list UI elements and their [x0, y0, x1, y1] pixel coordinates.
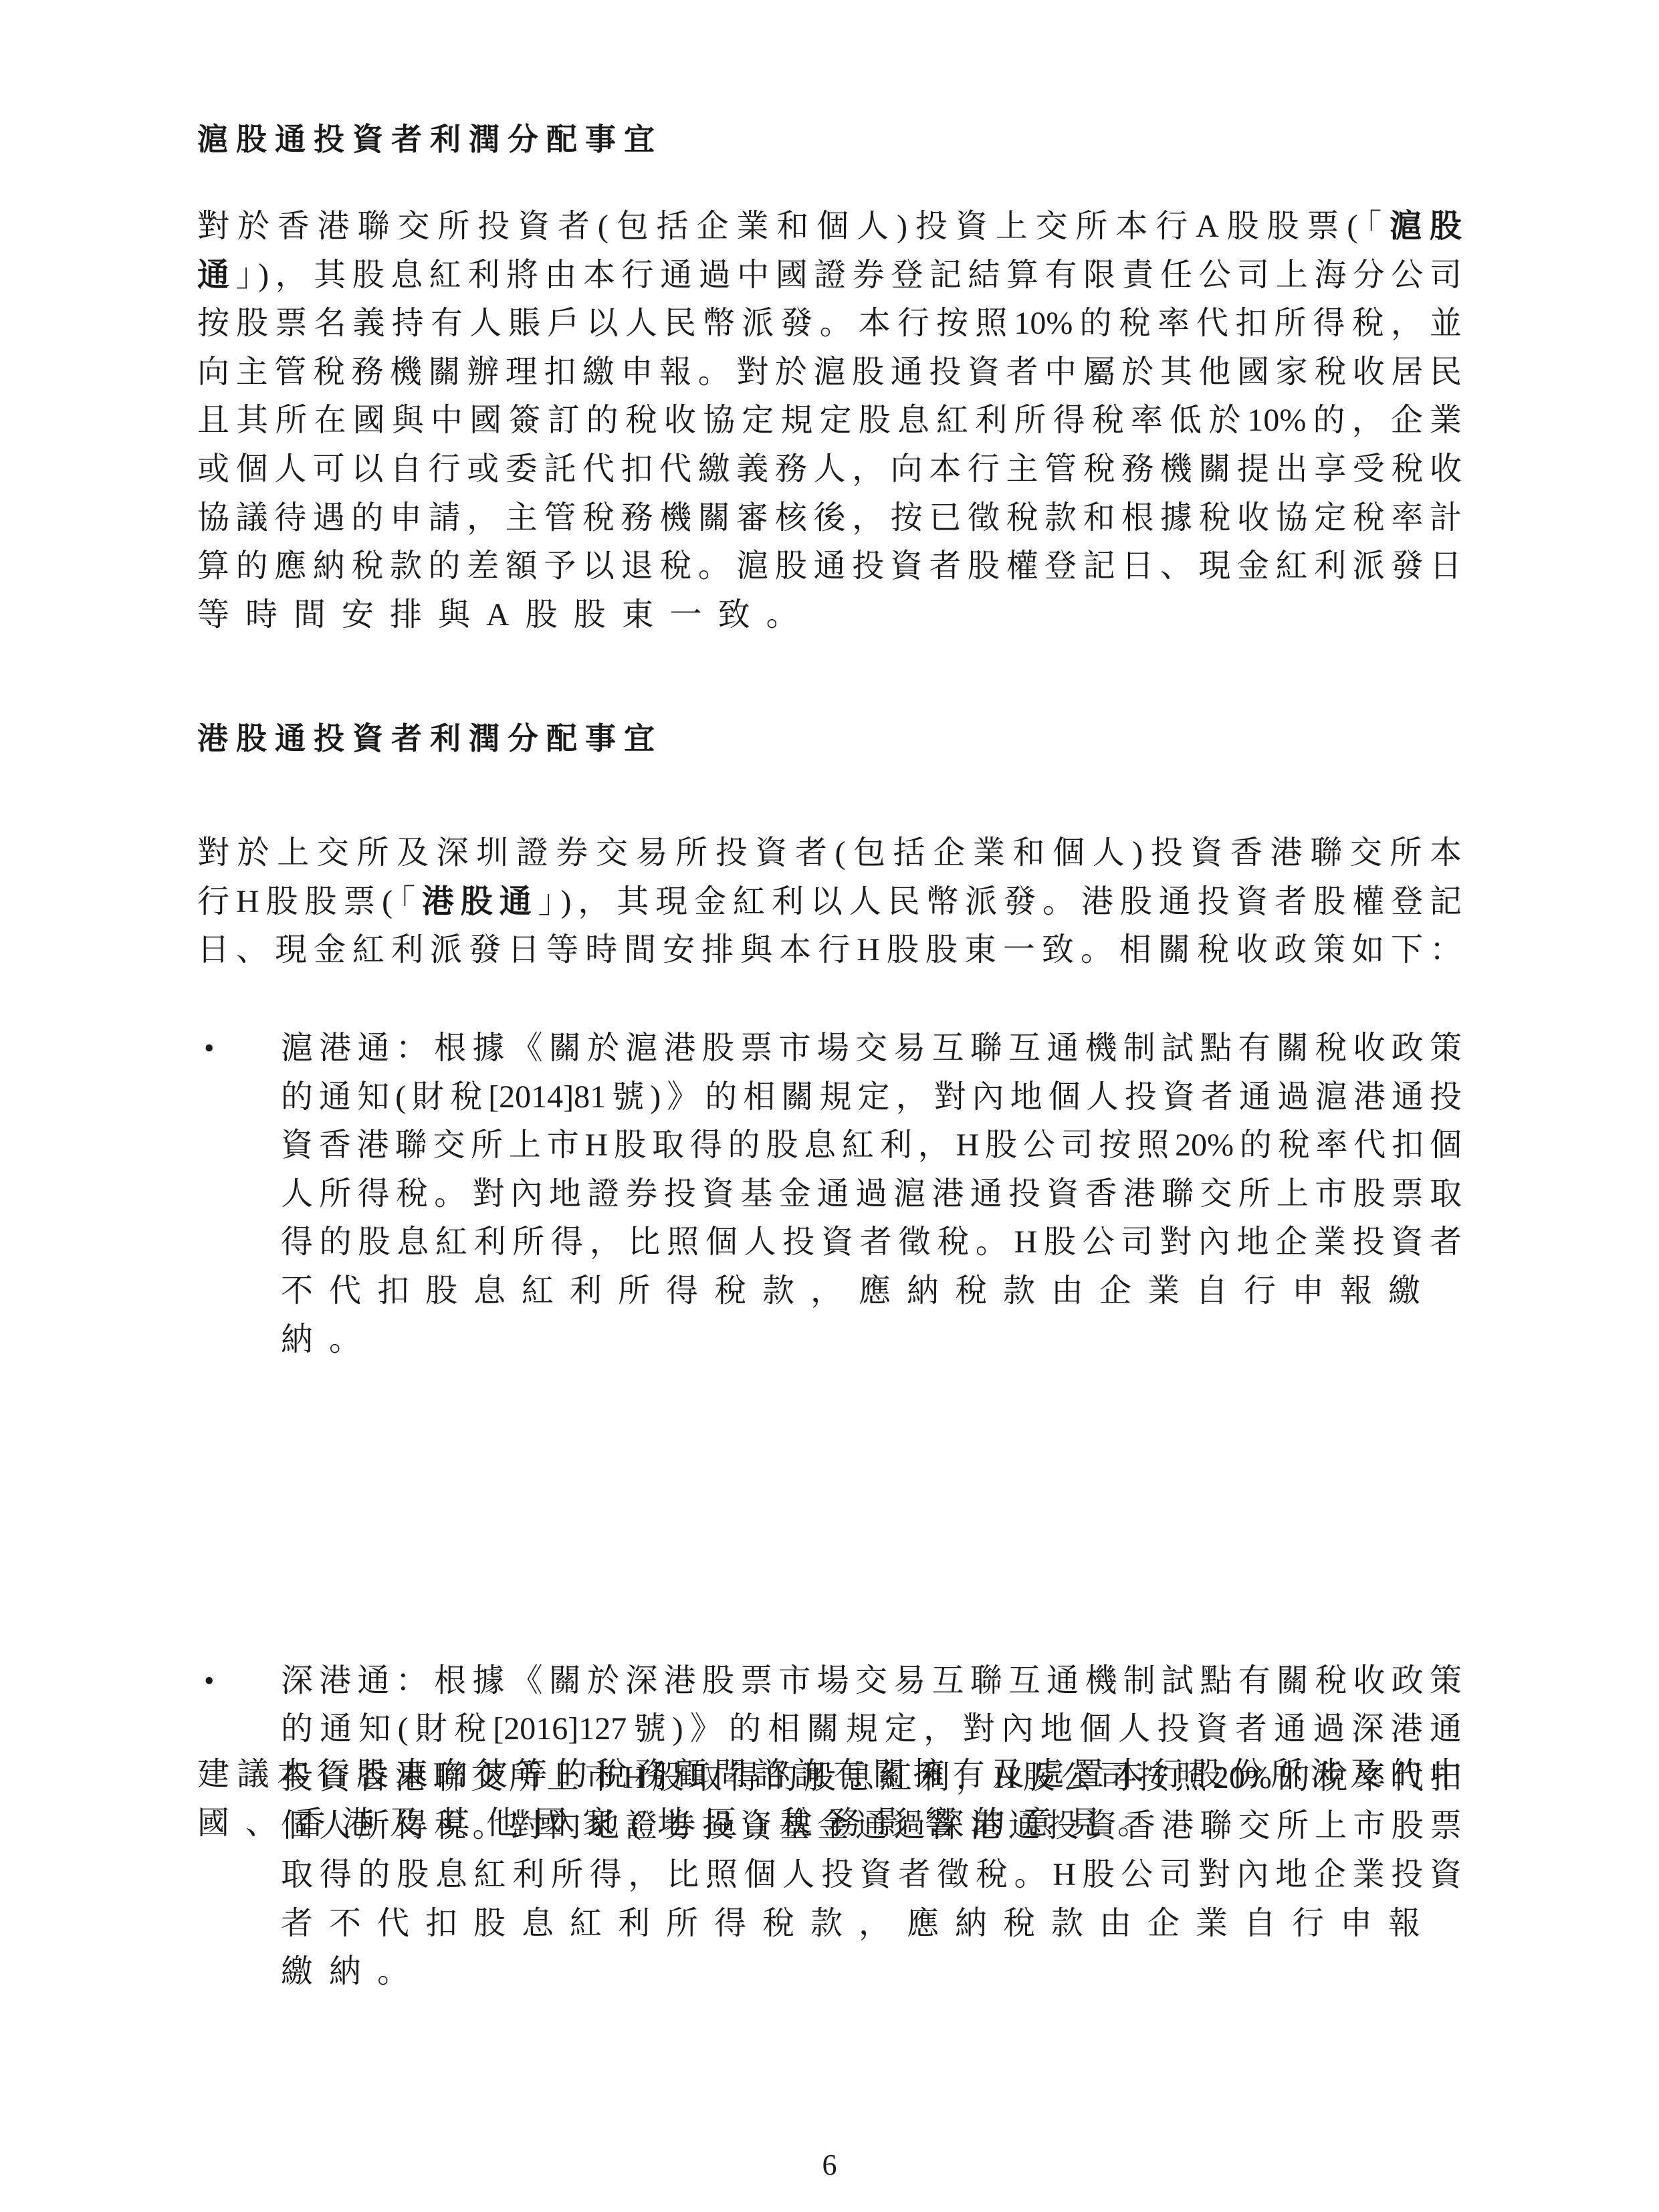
paragraph-shanghai-connect: 對於香港聯交所投資者(包括企業和個人)投資上交所本行A股股票(「滬股 通」)，其…	[197, 203, 1462, 639]
text-run: 行H股股票(「	[197, 884, 422, 919]
text-line: 或個人可以自行或委託代扣代繳義務人，向本行主管稅務機關提出享受稅收	[197, 445, 1462, 494]
text-line: 向主管稅務機關辦理扣繳申報。對於滬股通投資者中屬於其他國家稅收居民	[197, 348, 1462, 397]
paragraph-closing-advice: 建議本行股東向彼等的稅務顧問諮詢有關擁有及處置本行股份所涉及的中 國、香港及其他…	[197, 1751, 1462, 1848]
text-line: 等時間安排與A股股東一致。	[197, 591, 1462, 640]
text-run-bold: 通	[197, 257, 236, 293]
bullet-item-shanghai-hk: • 滬港通：根據《關於滬港股票市場交易互聯互通機制試點有關稅收政策 的通知(財稅…	[197, 1024, 1462, 1316]
text-run-bold: 港股通	[422, 884, 538, 919]
text-line: 資香港聯交所上市H股取得的股息紅利，H股公司按照20%的稅率代扣個	[281, 1121, 1462, 1170]
section-heading-hongkong-connect: 港股通投資者利潤分配事宜	[197, 714, 663, 758]
text-line: 且其所在國與中國簽訂的稅收協定規定股息紅利所得稅率低於10%的，企業	[197, 397, 1462, 445]
text-line: 滬港通：根據《關於滬港股票市場交易互聯互通機制試點有關稅收政策	[281, 1024, 1462, 1073]
text-line: 得的股息紅利所得，比照個人投資者徵稅。H股公司對內地企業投資者	[281, 1218, 1462, 1267]
text-run-bold: 滬股	[1390, 209, 1462, 244]
section-heading-shanghai-connect: 滬股通投資者利潤分配事宜	[197, 115, 663, 159]
text-line: 通」)，其股息紅利將由本行通過中國證券登記結算有限責任公司上海分公司	[197, 251, 1462, 300]
text-line: 日、現金紅利派發日等時間安排與本行H股股東一致。相關稅收政策如下：	[197, 926, 1462, 975]
text-line: 人所得稅。對內地證券投資基金通過滬港通投資香港聯交所上市股票取	[281, 1170, 1462, 1219]
text-line: 不代扣股息紅利所得稅款，應納稅款由企業自行申報繳納。	[281, 1267, 1462, 1316]
text-line: 協議待遇的申請，主管稅務機關審核後，按已徵稅款和根據稅收協定稅率計	[197, 494, 1462, 543]
paragraph-hongkong-connect: 對於上交所及深圳證券交易所投資者(包括企業和個人)投資香港聯交所本 行H股股票(…	[197, 829, 1462, 975]
text-line: 建議本行股東向彼等的稅務顧問諮詢有關擁有及處置本行股份所涉及的中	[197, 1751, 1462, 1799]
bullet-icon: •	[204, 1024, 214, 1073]
bullet-text: 滬港通：根據《關於滬港股票市場交易互聯互通機制試點有關稅收政策 的通知(財稅[2…	[281, 1024, 1462, 1316]
text-line: 的通知(財稅[2016]127號)》的相關規定，對內地個人投資者通過深港通	[281, 1705, 1462, 1754]
text-run: 」)，其現金紅利以人民幣派發。港股通投資者股權登記	[538, 884, 1462, 919]
bullet-icon: •	[204, 1657, 214, 1706]
text-line: 深港通：根據《關於深港股票市場交易互聯互通機制試點有關稅收政策	[281, 1657, 1462, 1706]
text-line: 取得的股息紅利所得，比照個人投資者徵稅。H股公司對內地企業投資	[281, 1851, 1462, 1900]
document-page: 滬股通投資者利潤分配事宜 對於香港聯交所投資者(包括企業和個人)投資上交所本行A…	[0, 0, 1659, 2212]
text-line: 算的應納稅款的差額予以退稅。滬股通投資者股權登記日、現金紅利派發日	[197, 542, 1462, 591]
page-number: 6	[0, 2148, 1659, 2182]
text-line: 的通知(財稅[2014]81號)》的相關規定，對內地個人投資者通過滬港通投	[281, 1073, 1462, 1122]
text-line: 者不代扣股息紅利所得稅款，應納稅款由企業自行申報繳納。	[281, 1900, 1462, 1949]
text-line: 行H股股票(「港股通」)，其現金紅利以人民幣派發。港股通投資者股權登記	[197, 878, 1462, 927]
text-line: 按股票名義持有人賬戶以人民幣派發。本行按照10%的稅率代扣所得稅，並	[197, 300, 1462, 348]
text-line: 對於上交所及深圳證券交易所投資者(包括企業和個人)投資香港聯交所本	[197, 829, 1462, 878]
text-line: 國、香港及其他國家(地區)稅務影響的意見。	[197, 1799, 1462, 1848]
text-run: 對於香港聯交所投資者(包括企業和個人)投資上交所本行A股股票(「	[197, 209, 1390, 244]
text-line: 對於香港聯交所投資者(包括企業和個人)投資上交所本行A股股票(「滬股	[197, 203, 1462, 251]
text-run: 」)，其股息紅利將由本行通過中國證券登記結算有限責任公司上海分公司	[236, 257, 1462, 293]
